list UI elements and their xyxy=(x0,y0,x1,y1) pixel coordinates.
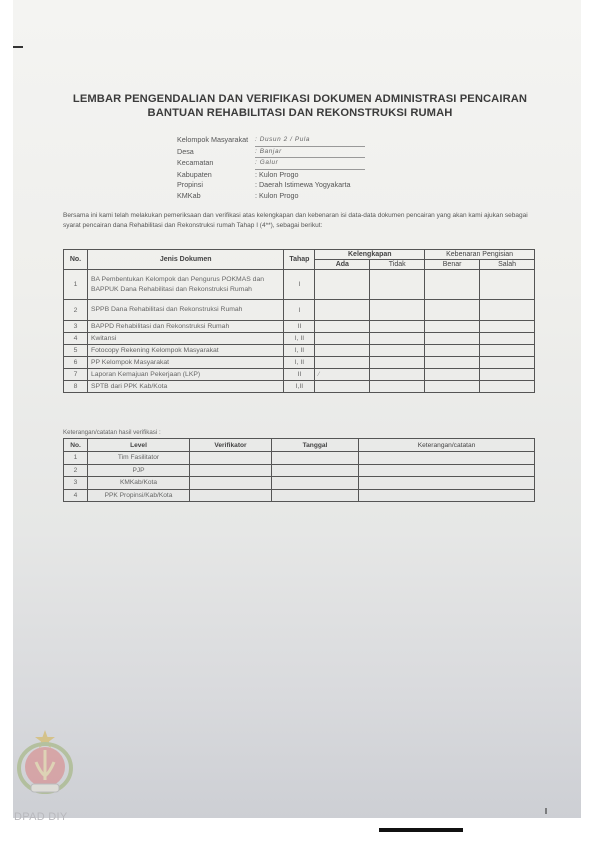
header-tanggal: Tanggal xyxy=(272,439,359,452)
scan-mark xyxy=(13,46,23,48)
check-mark: ⁄ xyxy=(315,369,370,381)
header-no: No. xyxy=(64,250,88,270)
table-row: 8 SPTB dari PPK Kab/Kota I,II xyxy=(64,381,535,393)
scanned-page xyxy=(13,0,581,818)
info-row: Desa: Banjar xyxy=(177,147,365,159)
header-level: Level xyxy=(88,439,190,452)
table-row: 1 Tim Fasilitator xyxy=(64,452,535,465)
info-block: Kelompok Masyarakat: Dusun 2 / Pula Desa… xyxy=(177,135,365,202)
table-row: 6 PP Kelompok Masyarakat I, II xyxy=(64,357,535,369)
table-row: 4 PPK Propinsi/Kab/Kota xyxy=(64,489,535,502)
cell-salah xyxy=(480,270,535,300)
intro-paragraph: Bersama ini kami telah melakukan pemerik… xyxy=(63,211,539,231)
emblem-icon xyxy=(14,728,76,798)
title-line-2: BANTUAN REHABILITASI DAN REKONSTRUKSI RU… xyxy=(50,106,550,120)
header-salah: Salah xyxy=(480,260,535,270)
table-row: 7 Laporan Kemajuan Pekerjaan (LKP) II ⁄ xyxy=(64,369,535,381)
cell-ada xyxy=(315,270,370,300)
cell-tidak xyxy=(370,270,425,300)
header-benar: Benar xyxy=(425,260,480,270)
info-row: Kelompok Masyarakat: Dusun 2 / Pula xyxy=(177,135,365,147)
info-row: KMKab: Kulon Progo xyxy=(177,191,365,202)
header-tahap: Tahap xyxy=(284,250,315,270)
table-row: 2 PJP xyxy=(64,464,535,477)
header-kebenaran: Kebenaran Pengisian xyxy=(425,250,535,260)
header-kelengkapan: Kelengkapan xyxy=(315,250,425,260)
header-verifikator: Verifikator xyxy=(190,439,272,452)
header-no: No. xyxy=(64,439,88,452)
table-row: 3 KMKab/Kota xyxy=(64,477,535,490)
scan-artifact xyxy=(545,808,547,814)
table-row: 2 SPPB Dana Rehabilitasi dan Rekonstruks… xyxy=(64,300,535,321)
table-row: 5 Fotocopy Rekening Kelompok Masyarakat … xyxy=(64,345,535,357)
info-row: Propinsi: Daerah Istimewa Yogyakarta xyxy=(177,180,365,191)
document-title: LEMBAR PENGENDALIAN DAN VERIFIKASI DOKUM… xyxy=(50,92,550,120)
verification-table: No. Level Verifikator Tanggal Keterangan… xyxy=(63,438,535,502)
document-checklist-table: No. Jenis Dokumen Tahap Kelengkapan Kebe… xyxy=(63,249,535,393)
verification-caption: Keterangan/catatan hasil verifikasi : xyxy=(63,429,161,436)
page-margin xyxy=(581,0,595,842)
title-line-1: LEMBAR PENGENDALIAN DAN VERIFIKASI DOKUM… xyxy=(50,92,550,106)
info-row: Kecamatan: Galur xyxy=(177,158,365,170)
header-tidak: Tidak xyxy=(370,260,425,270)
cell-benar xyxy=(425,270,480,300)
watermark-text: DPAD DIY xyxy=(14,811,68,823)
table-row: 1 BA Pembentukan Kelompok dan Pengurus P… xyxy=(64,270,535,300)
header-ada: Ada xyxy=(315,260,370,270)
table-row: 4 Kwitansi I, II xyxy=(64,333,535,345)
header-keterangan: Keterangan/catatan xyxy=(359,439,535,452)
scale-bar xyxy=(379,828,463,832)
header-jenis-dokumen: Jenis Dokumen xyxy=(87,250,283,270)
info-row: Kabupaten: Kulon Progo xyxy=(177,170,365,181)
table-row: 3 BAPPD Rehabilitasi dan Rekonstruksi Ru… xyxy=(64,321,535,333)
